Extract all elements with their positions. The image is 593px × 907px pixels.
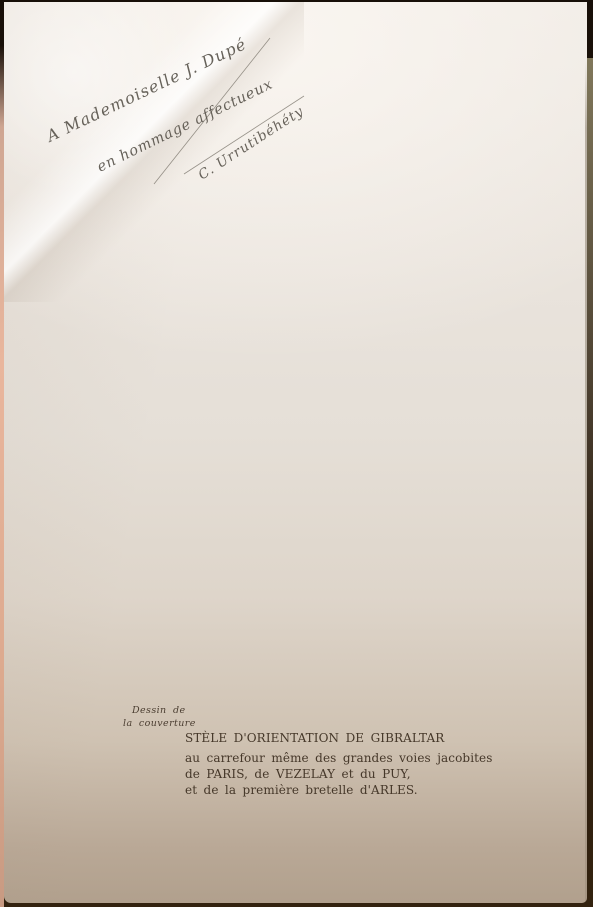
cover-design-label: Dessin de la couverture [123,705,196,730]
caption-line-3: et de la première bretelle d'ARLES. [185,782,475,798]
caption-line-1: au carrefour même des grandes voies jaco… [185,750,475,766]
flyleaf-page: A Mademoiselle J. Dupé en hommage affect… [4,2,587,903]
caption-line-2: de PARIS, de VEZELAY et du PUY, [185,766,475,782]
cover-design-label-line1: Dessin de [123,705,196,718]
underlying-page-edge [587,58,593,598]
cover-caption: STÈLE D'ORIENTATION DE GIBRALTAR au carr… [185,730,475,798]
signature-underline [184,96,304,174]
handwritten-dedication: A Mademoiselle J. Dupé en hommage affect… [4,2,344,262]
caption-title: STÈLE D'ORIENTATION DE GIBRALTAR [185,730,475,746]
cover-design-label-line2: la couverture [123,718,196,731]
dedication-line-1: A Mademoiselle J. Dupé [42,34,250,146]
